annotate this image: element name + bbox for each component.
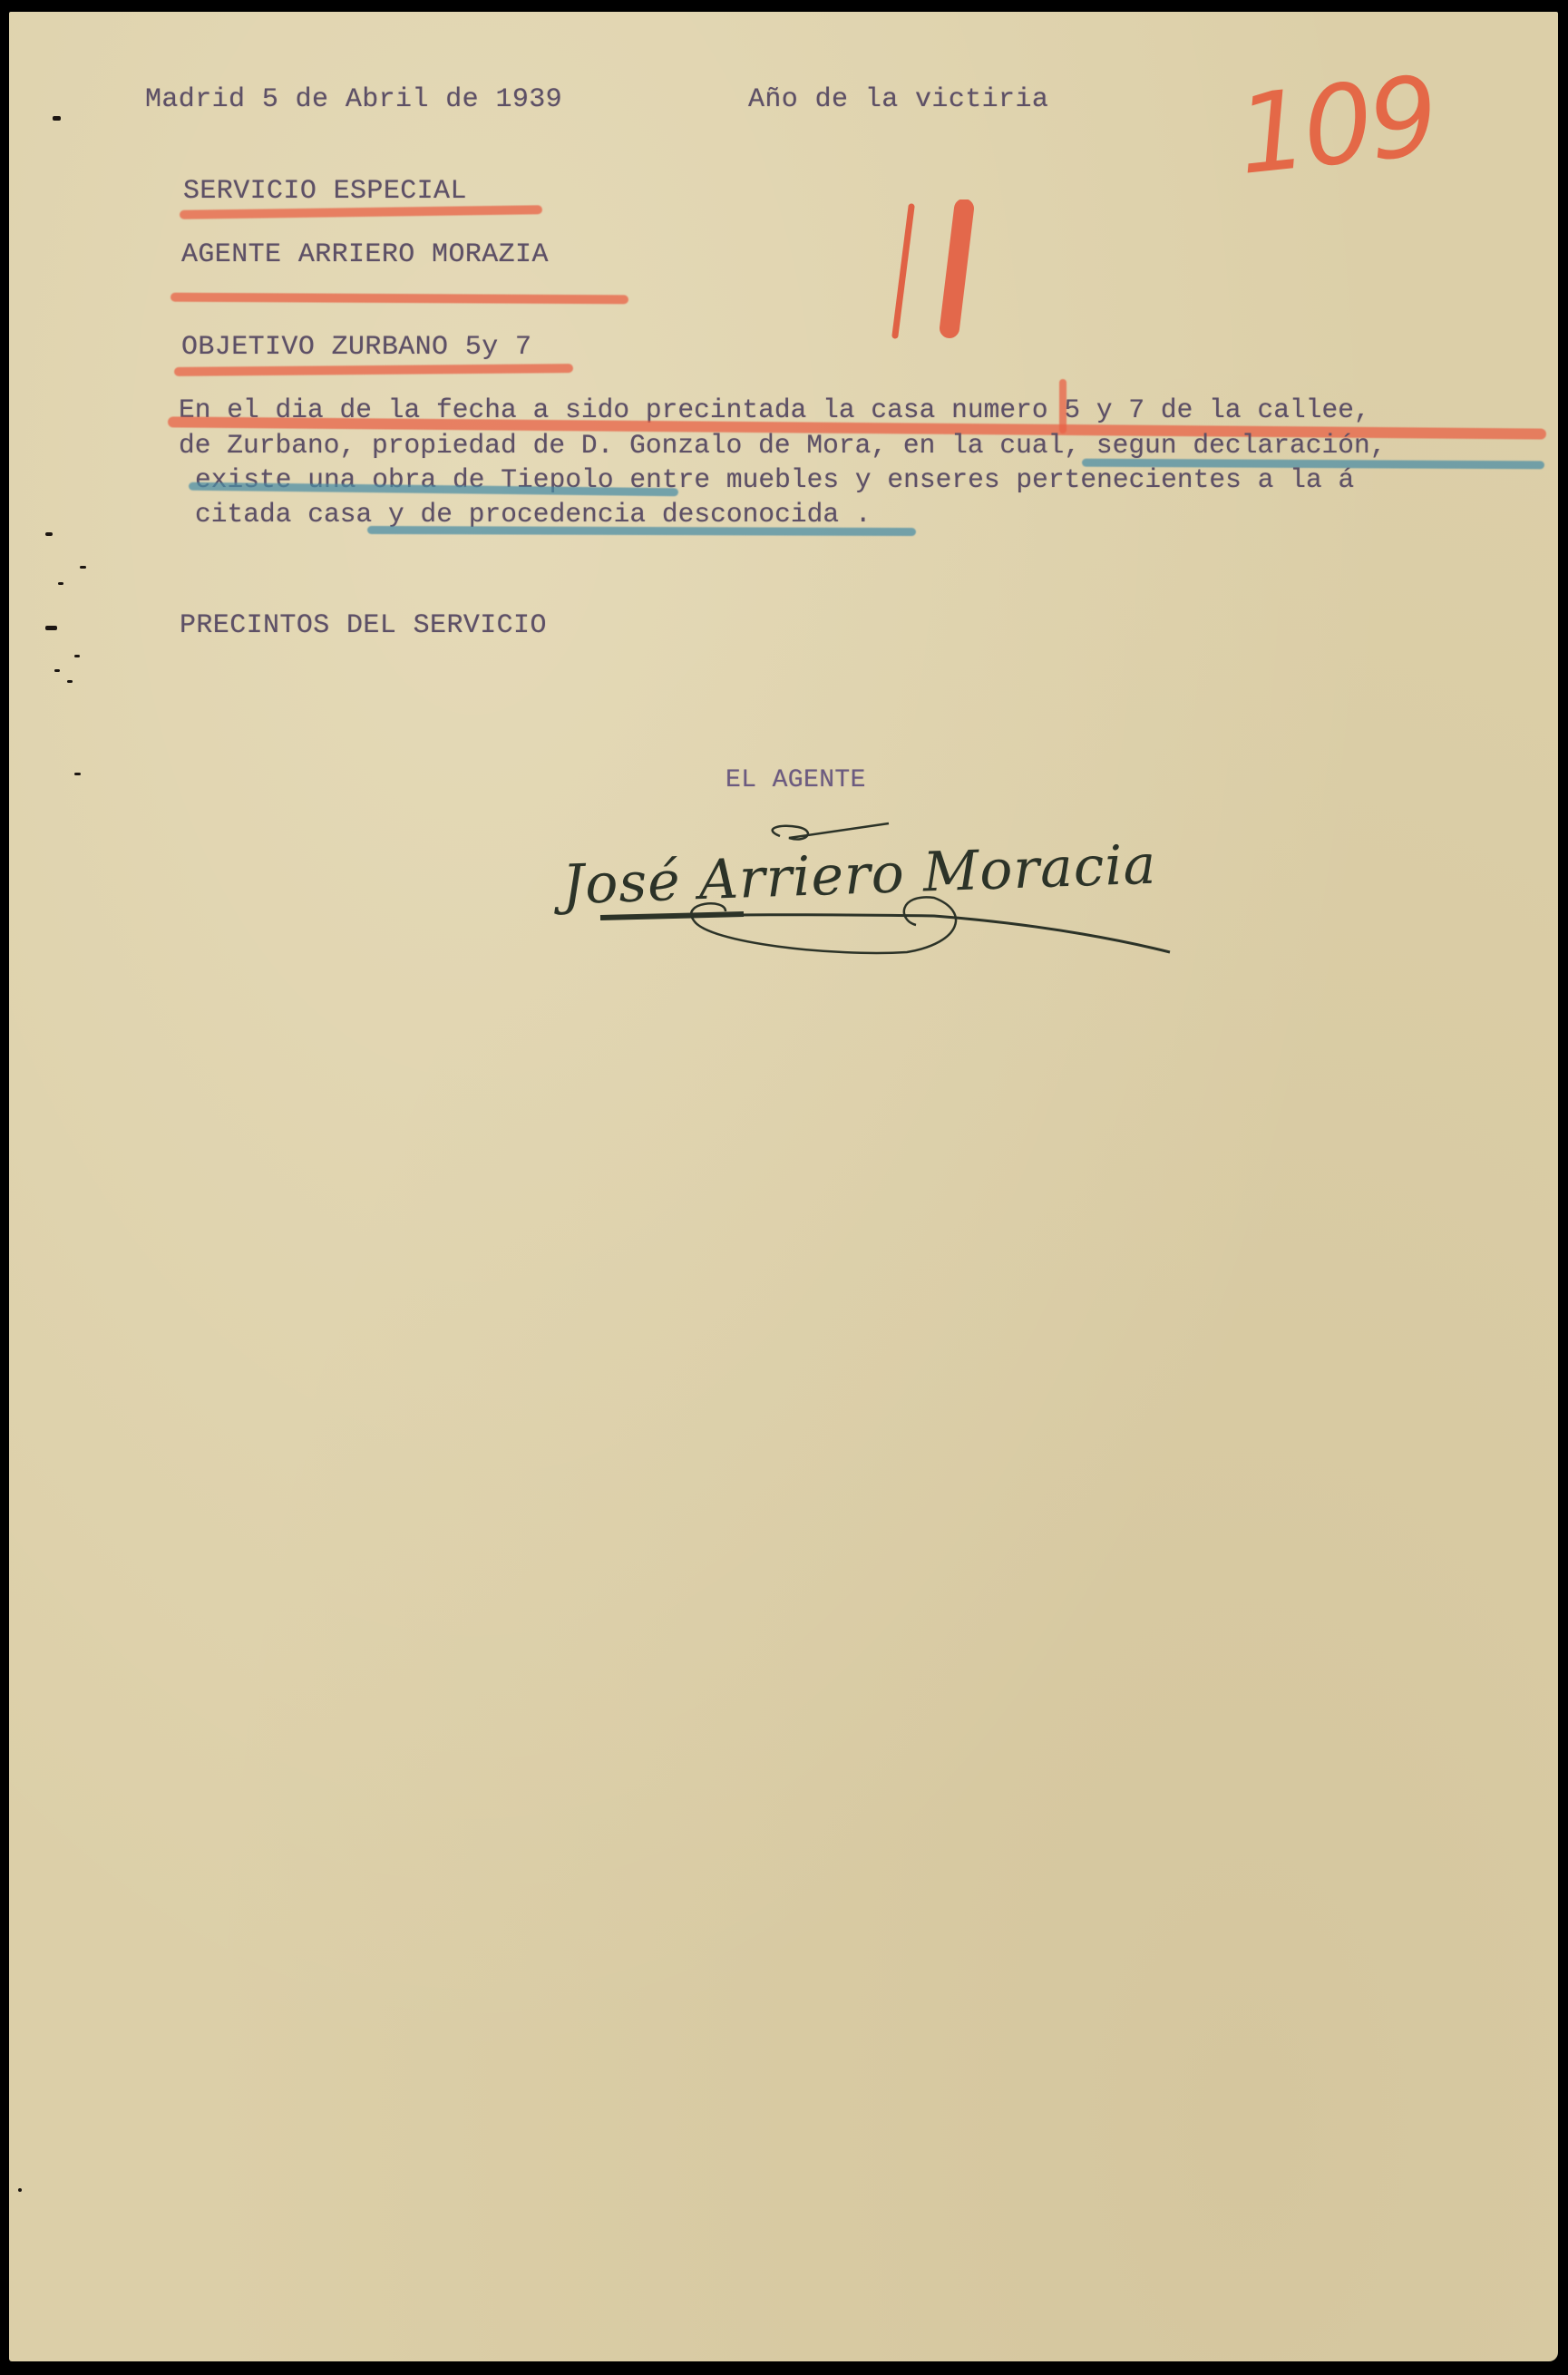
- margin-speck: [45, 532, 53, 536]
- seals-line: PRECINTOS DEL SERVICIO: [180, 612, 547, 639]
- red-pencil-strokes-icon: [866, 200, 975, 345]
- body-line-4: citada casa y de procedencia desconocida…: [195, 501, 872, 529]
- margin-speck: [18, 2188, 22, 2192]
- margin-speck: [45, 626, 57, 630]
- heading-agent: AGENTE ARRIERO MORAZIA: [181, 241, 549, 268]
- margin-speck: [54, 669, 60, 672]
- margin-speck: [74, 773, 81, 775]
- body-line-2: de Zurbano, propiedad de D. Gonzalo de M…: [179, 433, 1386, 460]
- motto: Año de la victiria: [748, 86, 1048, 113]
- signature: José Arriero Moracia: [544, 807, 1197, 1016]
- margin-speck: [53, 116, 61, 121]
- margin-speck: [58, 582, 63, 585]
- margin-speck: [80, 566, 86, 569]
- margin-speck: [74, 655, 80, 657]
- red-tick-mark: [1059, 379, 1066, 433]
- heading-service: SERVICIO ESPECIAL: [183, 178, 467, 205]
- heading-objective: OBJETIVO ZURBANO 5y 7: [181, 334, 531, 361]
- roman-mark-ii: [866, 200, 975, 345]
- signature-flourish-icon: [544, 807, 1197, 1016]
- folio-number: 109: [1232, 54, 1440, 200]
- signature-title: EL AGENTE: [726, 768, 866, 793]
- document-page: [9, 12, 1558, 2361]
- place-date: Madrid 5 de Abril de 1939: [145, 86, 562, 113]
- margin-speck: [67, 680, 73, 683]
